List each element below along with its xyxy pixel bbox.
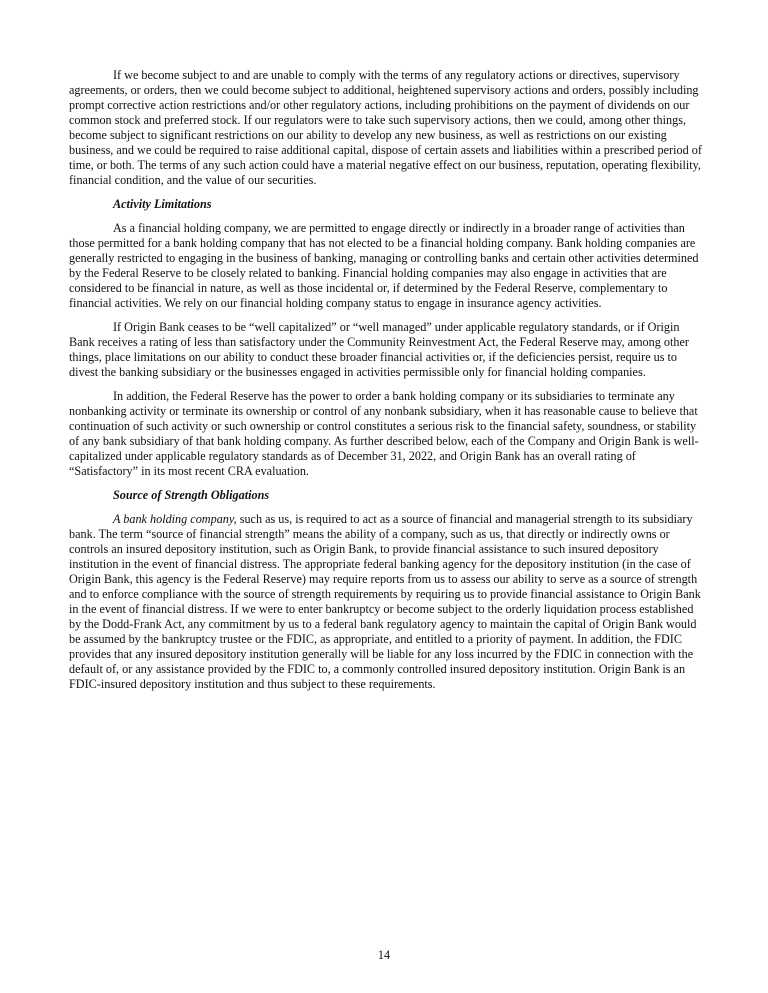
document-page: If we become subject to and are unable t… (69, 68, 702, 701)
paragraph-federal-reserve-power: In addition, the Federal Reserve has the… (69, 389, 702, 479)
paragraph-well-capitalized: If Origin Bank ceases to be “well capita… (69, 320, 702, 380)
paragraph-source-of-strength: A bank holding company, such as us, is r… (69, 512, 702, 692)
heading-source-of-strength: Source of Strength Obligations (113, 488, 702, 503)
page-number: 14 (0, 948, 768, 963)
paragraph-body-text: such as us, is required to act as a sour… (69, 512, 701, 691)
paragraph-regulatory-actions: If we become subject to and are unable t… (69, 68, 702, 188)
heading-activity-limitations: Activity Limitations (113, 197, 702, 212)
paragraph-financial-holding-company: As a financial holding company, we are p… (69, 221, 702, 311)
italic-lead-text: A bank holding company, (113, 512, 237, 526)
